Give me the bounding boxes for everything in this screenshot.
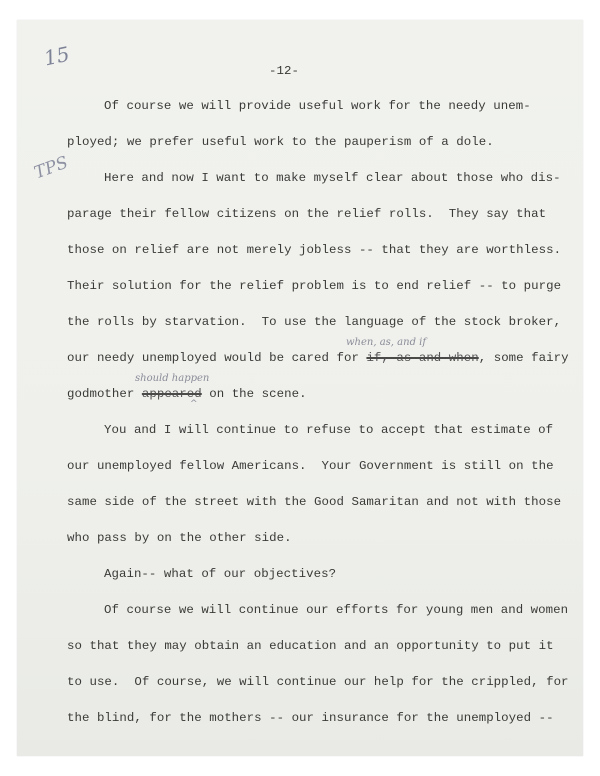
text-line: ployed; we prefer useful work to the pau… bbox=[67, 135, 494, 149]
text-line-edited: our needy unemployed would be cared for … bbox=[67, 351, 569, 365]
text-line: our unemployed fellow Americans. Your Go… bbox=[67, 459, 554, 473]
text-line: who pass by on the other side. bbox=[67, 531, 292, 545]
text-segment: on the scene. bbox=[202, 387, 307, 401]
text-line: Their solution for the relief problem is… bbox=[67, 279, 561, 293]
handwritten-insertion: should happen bbox=[135, 374, 209, 384]
text-line: parage their fellow citizens on the reli… bbox=[67, 207, 546, 221]
text-segment: our needy unemployed would be cared for bbox=[67, 351, 366, 365]
text-line: Of course we will continue our efforts f… bbox=[104, 603, 568, 617]
text-line-edited: godmother appeared on the scene. bbox=[67, 387, 307, 401]
text-segment: , some fairy bbox=[479, 351, 569, 365]
text-line: those on relief are not merely jobless -… bbox=[67, 243, 561, 257]
text-line: Here and now I want to make myself clear… bbox=[104, 171, 561, 185]
struck-text: if, as and when bbox=[366, 351, 478, 365]
text-segment: godmother bbox=[67, 387, 142, 401]
insertion-caret-icon: ^ bbox=[190, 399, 198, 409]
text-line: to use. Of course, we will continue our … bbox=[67, 675, 569, 689]
page-number: -12- bbox=[269, 64, 299, 78]
text-line: Again-- what of our objectives? bbox=[104, 567, 336, 581]
text-line: Of course we will provide useful work fo… bbox=[104, 99, 531, 113]
text-line: the rolls by starvation. To use the lang… bbox=[67, 315, 561, 329]
handwritten-insertion: when, as, and if bbox=[346, 338, 426, 348]
text-line: the blind, for the mothers -- our insura… bbox=[67, 711, 554, 725]
text-line: so that they may obtain an education and… bbox=[67, 639, 554, 653]
text-line: same side of the street with the Good Sa… bbox=[67, 495, 561, 509]
text-line: You and I will continue to refuse to acc… bbox=[104, 423, 553, 437]
